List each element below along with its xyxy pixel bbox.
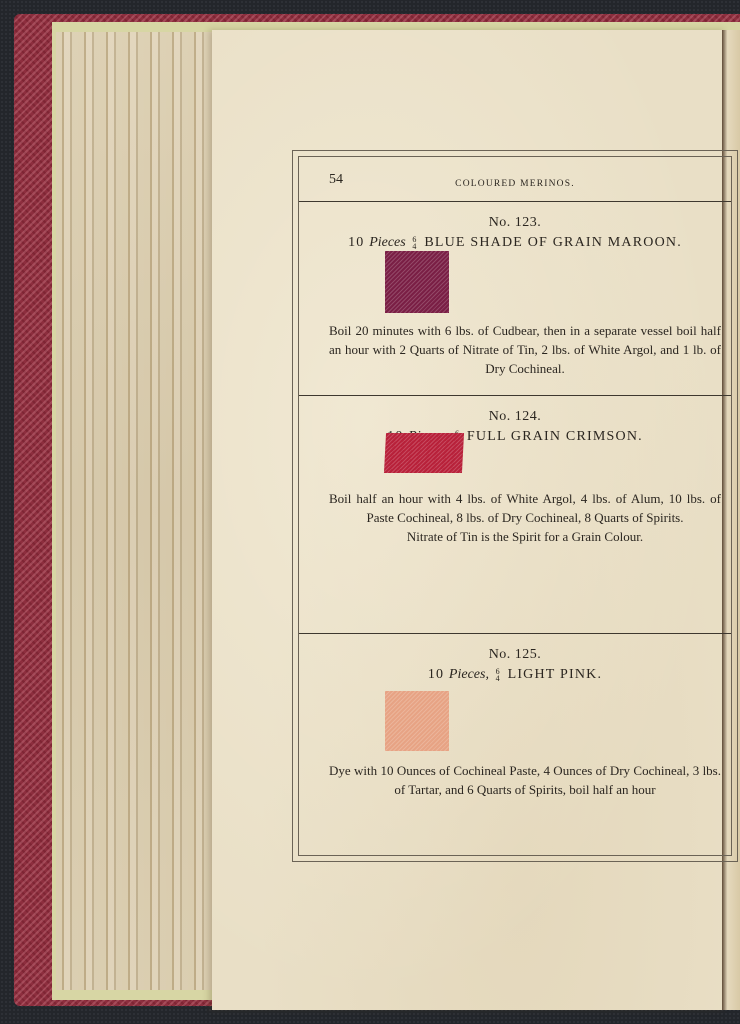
recipe-number: No. 123. bbox=[299, 215, 731, 231]
recipe-title: 10 Pieces, 64 LIGHT PINK. bbox=[299, 667, 731, 683]
page-content-frame: 54 COLOURED MERINOS. No. 123. 10 Pieces … bbox=[298, 156, 732, 856]
running-head: COLOURED MERINOS. bbox=[299, 179, 731, 189]
recipe-entry: No. 123. 10 Pieces 64 BLUE SHADE OF GRAI… bbox=[299, 203, 731, 396]
recipe-fraction: 64 bbox=[496, 668, 501, 682]
recipe-title: 10 Pieces 64 BLUE SHADE OF GRAIN MAROON. bbox=[299, 235, 731, 251]
fabric-swatch-light-pink bbox=[385, 691, 449, 751]
recipe-name: LIGHT PINK. bbox=[508, 667, 603, 682]
recipe-name: BLUE SHADE OF GRAIN MAROON. bbox=[424, 235, 682, 250]
recipe-note: Nitrate of Tin is the Spirit for a Grain… bbox=[329, 527, 721, 546]
page-stack-shading bbox=[56, 32, 236, 990]
page-header: 54 COLOURED MERINOS. bbox=[299, 157, 731, 202]
recipe-number: No. 125. bbox=[299, 647, 731, 663]
recipe-fraction: 64 bbox=[412, 236, 417, 250]
recipe-instructions-block: Boil half an hour with 4 lbs. of White A… bbox=[329, 489, 721, 546]
recipe-name: FULL GRAIN CRIMSON. bbox=[467, 429, 643, 444]
recipe-title: 10 Pieces, 64 FULL GRAIN CRIMSON. bbox=[299, 429, 731, 445]
recipe-entry: No. 124. 10 Pieces, 64 FULL GRAIN CRIMSO… bbox=[299, 397, 731, 634]
fabric-swatch-crimson bbox=[384, 433, 464, 473]
fraction-denominator: 4 bbox=[412, 242, 417, 251]
recipe-unit: Pieces, bbox=[449, 667, 489, 682]
recipe-quantity: 10 bbox=[428, 667, 444, 682]
recipe-instructions: Boil half an hour with 4 lbs. of White A… bbox=[329, 491, 721, 525]
fabric-swatch-maroon bbox=[385, 251, 449, 313]
recipe-instructions: Boil 20 minutes with 6 lbs. of Cudbear, … bbox=[329, 321, 721, 378]
recipe-unit: Pieces bbox=[369, 235, 406, 250]
recipe-number: No. 124. bbox=[299, 409, 731, 425]
recipe-quantity: 10 bbox=[348, 235, 364, 250]
fraction-denominator: 4 bbox=[496, 674, 501, 683]
recipe-instructions: Dye with 10 Ounces of Cochineal Paste, 4… bbox=[329, 761, 721, 799]
recipe-entry: No. 125. 10 Pieces, 64 LIGHT PINK. Dye w… bbox=[299, 635, 731, 855]
